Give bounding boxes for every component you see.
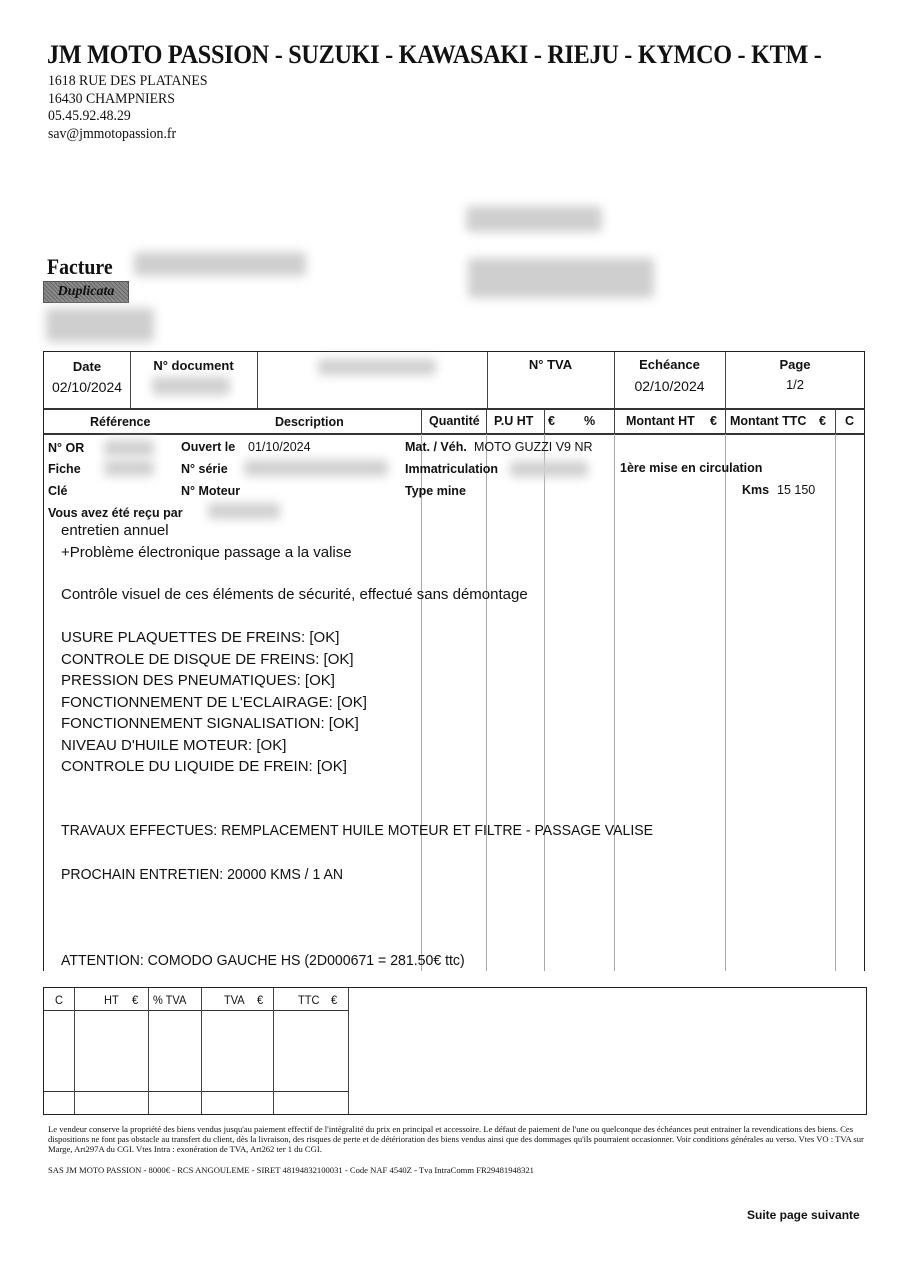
kms-value: 15 150 [777,483,815,497]
body-line: USURE PLAQUETTES DE FREINS: [OK] [61,629,339,646]
body-line: CONTROLE DU LIQUIDE DE FREIN: [OK] [61,758,347,775]
totals-col-tva-currency: € [257,993,263,1007]
col-reference: Référence [90,415,150,429]
col-quantity: Quantité [429,414,480,428]
due-date-value: 02/10/2024 [614,378,725,394]
company-legal-ids: SAS JM MOTO PASSION - 8000€ - RCS ANGOUL… [48,1165,534,1175]
kms-label: Kms [742,483,769,497]
redacted-serial [244,460,388,476]
col-amount-ttc-currency: € [819,414,826,428]
col-unit-price: P.U HT [494,414,533,428]
col-percent: % [584,414,595,428]
body-line: Contrôle visuel de ces éléments de sécur… [61,586,528,603]
body-line: FONCTIONNEMENT DE L'ECLAIRAGE: [OK] [61,694,367,711]
date-label: Date [44,359,130,374]
body-line: TRAVAUX EFFECTUES: REMPLACEMENT HUILE MO… [61,822,653,839]
totals-col-ht: HT [104,993,119,1007]
body-line: PROCHAIN ENTRETIEN: 20000 KMS / 1 AN [61,866,343,883]
col-description: Description [275,415,344,429]
redacted-client-code [46,308,154,342]
col-code: C [845,414,854,428]
invoice-title: Facture [47,254,113,280]
registration-label: Immatriculation [405,462,498,476]
redacted-invoice-number [134,252,306,276]
body-line: PRESSION DES PNEUMATIQUES: [OK] [61,672,335,689]
totals-col-ttc: TTC [298,993,319,1007]
redacted-or-number [104,440,154,456]
company-title: JM MOTO PASSION - SUZUKI - KAWASAKI - RI… [47,40,822,70]
engine-number-label: N° Moteur [181,484,240,498]
legal-conditions: Le vendeur conserve la propriété des bie… [48,1124,868,1154]
totals-col-ht-currency: € [132,993,138,1007]
type-mine-label: Type mine [405,484,466,498]
body-line: +Problème électronique passage a la vali… [61,544,352,561]
company-email[interactable]: sav@jmmotopassion.fr [48,126,176,144]
vehicle-label: Mat. / Véh. [405,440,467,454]
key-label: Clé [48,484,67,498]
body-line: CONTROLE DE DISQUE DE FREINS: [OK] [61,651,354,668]
doc-number-label: N° document [130,358,257,373]
sheet-label: Fiche [48,462,81,476]
duplicata-badge: Duplicata [43,281,129,303]
tva-number-label: N° TVA [487,357,614,372]
due-date-label: Echéance [614,357,725,372]
vehicle-value: MOTO GUZZI V9 NR [474,440,593,454]
first-circulation-label: 1ère mise en circulation [620,461,762,475]
totals-col-tva-rate: % TVA [153,993,186,1007]
redacted-doc-number [152,377,230,395]
serial-label: N° série [181,462,228,476]
page-value: 1/2 [725,377,865,392]
company-address-line2: 16430 CHAMPNIERS [48,91,175,109]
company-address-line1: 1618 RUE DES PLATANES [48,73,208,91]
body-line: entretien annuel [61,522,169,539]
col-amount-ht-currency: € [710,414,717,428]
totals-col-tva: TVA [224,993,245,1007]
opened-label: Ouvert le [181,440,235,454]
redacted-customer-name [466,206,602,232]
col-unit-price-currency: € [548,414,555,428]
col-amount-ttc: Montant TTC [730,414,806,428]
col-amount-ht: Montant HT [626,414,695,428]
received-by-label: Vous avez été reçu par [48,506,183,520]
redacted-registration [510,461,588,477]
continued-next-page: Suite page suivante [747,1208,860,1222]
body-line: NIVEAU D'HUILE MOTEUR: [OK] [61,737,286,754]
redacted-advisor-name [208,503,280,519]
opened-value: 01/10/2024 [248,440,311,454]
or-number-label: N° OR [48,441,84,455]
page-label: Page [725,357,865,372]
company-phone: 05.45.92.48.29 [48,108,131,126]
totals-col-code: C [55,993,63,1007]
body-line: ATTENTION: COMODO GAUCHE HS (2D000671 = … [61,952,465,969]
redacted-customer-address [468,258,654,298]
totals-col-ttc-currency: € [331,993,337,1007]
redacted-customer-ref [318,359,436,375]
redacted-sheet [104,460,154,476]
body-line: FONCTIONNEMENT SIGNALISATION: [OK] [61,715,359,732]
date-value: 02/10/2024 [44,379,130,395]
